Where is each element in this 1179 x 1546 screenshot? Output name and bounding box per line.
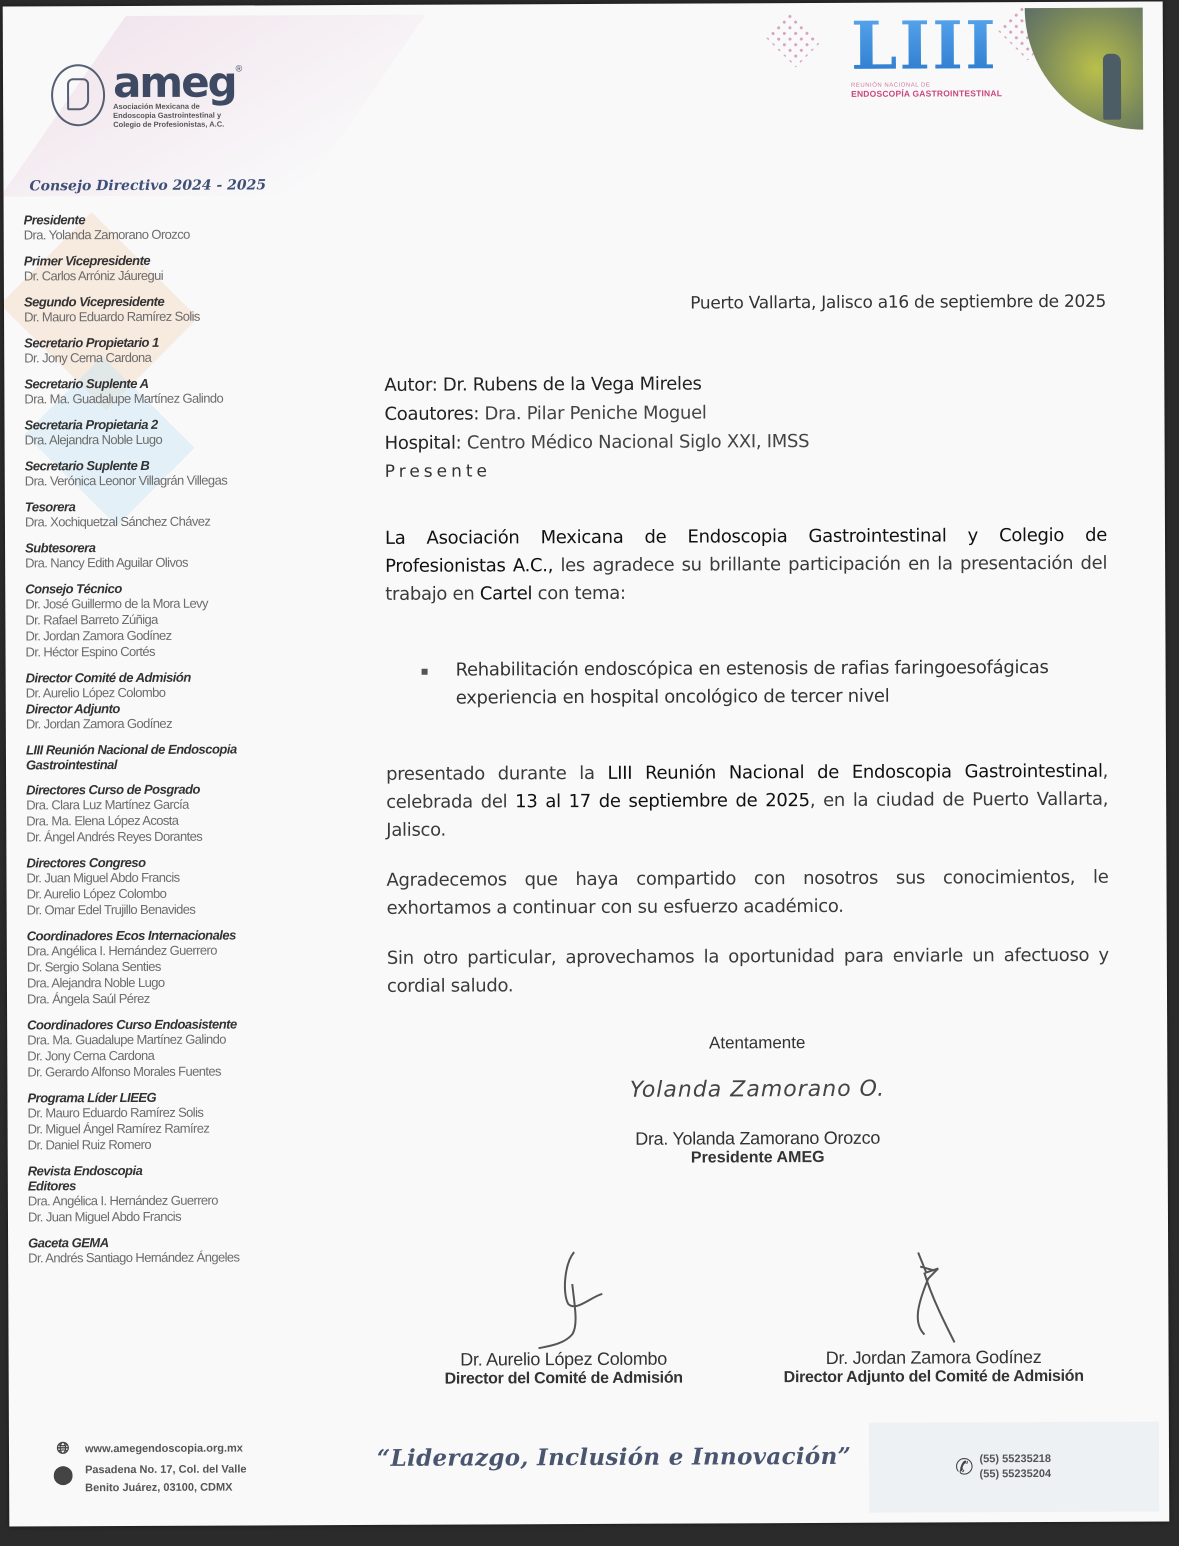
- council-member: Dr. José Guillermo de la Mora Levy: [25, 595, 295, 612]
- phone-number: (55) 55235218: [979, 1452, 1051, 1467]
- council-member: Dra. Ángela Saúl Pérez: [27, 990, 297, 1007]
- council-role: Secretario Suplente B: [25, 457, 295, 473]
- council-member: Dra. Yolanda Zamorano Orozco: [24, 226, 294, 243]
- council-role: Presidente: [24, 211, 294, 227]
- council-group: Secretario Suplente ADra. Ma. Guadalupe …: [24, 375, 294, 407]
- event-numeral: LIII: [851, 10, 1002, 81]
- author-value: Dr. Rubens de la Vega Mireles: [443, 373, 702, 395]
- council-member: Dr. Jordan Zamora Godínez: [25, 627, 295, 644]
- signatory-name: Dr. Jordan Zamora Godínez: [749, 1347, 1119, 1370]
- signatory-left: Dr. Aurelio López Colombo Director del C…: [378, 1243, 749, 1389]
- logo-word: ameg: [113, 58, 236, 108]
- phone-number: (55) 55235204: [980, 1467, 1052, 1482]
- valediction: Atentamente: [387, 1032, 1127, 1055]
- decorative-dots: [765, 11, 822, 68]
- paragraph-thanks: La Asociación Mexicana de Endoscopia Gas…: [385, 522, 1107, 609]
- council-member: Dr. Héctor Espino Cortés: [25, 643, 295, 660]
- council-group: Consejo TécnicoDr. José Guillermo de la …: [25, 580, 295, 660]
- council-member: Dra. Clara Luz Martínez García: [26, 796, 296, 813]
- ameg-logo: ameg® Asociación Mexicana de Endoscopia …: [51, 63, 243, 129]
- council-sidebar: Consejo Directivo 2024 - 2025 Presidente…: [23, 177, 298, 1276]
- event-logo: LIII REUNIÓN NACIONAL DE ENDOSCOPÍA GAST…: [851, 10, 1002, 99]
- hospital-value: Centro Médico Nacional Siglo XXI, IMSS: [467, 431, 809, 453]
- signature-scribble: [378, 1243, 748, 1350]
- council-member: Dra. Alejandra Noble Lugo: [27, 974, 297, 991]
- council-group: Coordinadores Ecos InternacionalesDra. A…: [27, 927, 297, 1007]
- council-member: Dra. Ma. Guadalupe Martínez Galindo: [27, 1031, 297, 1048]
- council-member: Dr. Ángel Andrés Reyes Dorantes: [26, 828, 296, 845]
- council-member: Dr. Juan Miguel Abdo Francis: [26, 869, 296, 886]
- council-role: Revista Endoscopia: [28, 1162, 298, 1178]
- council-member: Dra. Angélica I. Hernández Guerrero: [28, 1192, 298, 1209]
- text: presentado durante la: [386, 763, 608, 785]
- council-member: Dr. Jony Cerna Cardona: [24, 349, 294, 366]
- council-member: Dr. Andrés Santiago Hernández Ángeles: [28, 1249, 298, 1266]
- council-group: Secretario Propietario 1Dr. Jony Cerna C…: [24, 334, 294, 366]
- council-member: Dra. Angélica I. Hernández Guerrero: [27, 942, 297, 959]
- text: con tema:: [532, 583, 626, 604]
- council-role: Secretario Suplente A: [24, 375, 294, 391]
- address-line: Pasadena No. 17, Col. del Valle: [85, 1463, 246, 1476]
- signatory-role: Director Adjunto del Comité de Admisión: [749, 1368, 1119, 1388]
- letter-page: ameg® Asociación Mexicana de Endoscopia …: [3, 1, 1170, 1526]
- council-group: Gaceta GEMADr. Andrés Santiago Hernández…: [28, 1234, 298, 1266]
- map-pin-icon: ⬤: [53, 1464, 73, 1485]
- council-group: Programa Líder LIEEGDr. Mauro Eduardo Ra…: [27, 1089, 297, 1153]
- signatory-name: Dr. Aurelio López Colombo: [379, 1348, 749, 1371]
- council-role: Subtesorera: [25, 539, 295, 555]
- address-line: Benito Juárez, 03100, CDMX: [85, 1481, 246, 1494]
- council-group: SubtesoreraDra. Nancy Edith Aguilar Oliv…: [25, 539, 295, 571]
- council-role: Coordinadores Ecos Internacionales: [27, 927, 297, 943]
- signatory-right: Dr. Jordan Zamora Godínez Director Adjun…: [748, 1242, 1119, 1388]
- council-member: Dra. Alejandra Noble Lugo: [25, 431, 295, 448]
- council-member: Dra. Ma. Guadalupe Martínez Galindo: [24, 390, 294, 407]
- council-subrole: Editores: [28, 1177, 298, 1193]
- event-dates: 13 al 17 de septiembre de 2025: [515, 790, 810, 812]
- coauthors-value: Dra. Pilar Peniche Moguel: [484, 402, 706, 424]
- council-group: PresidenteDra. Yolanda Zamorano Orozco: [24, 211, 294, 243]
- paragraph-event: presentado durante la LIII Reunión Nacio…: [386, 758, 1108, 845]
- date-line: Puerto Vallarta, Jalisco a16 de septiemb…: [384, 292, 1106, 315]
- council-group: Secretario Suplente BDra. Verónica Leono…: [25, 457, 295, 489]
- council-role: Directores Curso de Posgrado: [26, 781, 296, 797]
- ameg-seal-icon: [51, 64, 105, 126]
- hospital-label: Hospital:: [385, 433, 462, 454]
- seahorse-image: [1025, 8, 1144, 131]
- council-member: Dra. Xochiquetzal Sánchez Chávez: [25, 513, 295, 530]
- council-group: Segundo VicepresidenteDr. Mauro Eduardo …: [24, 293, 294, 325]
- council-role: Secretario Propietario 1: [24, 334, 294, 350]
- council-role: Coordinadores Curso Endoasistente: [27, 1016, 297, 1032]
- council-role: Directores Congreso: [26, 854, 296, 870]
- council-member: Dr. Carlos Arróniz Jáuregui: [24, 267, 294, 284]
- council-role: Primer Vicepresidente: [24, 252, 294, 268]
- council-group: Director Comité de AdmisiónDr. Aurelio L…: [26, 669, 296, 701]
- council-member: Dra. Nancy Edith Aguilar Olivos: [25, 554, 295, 571]
- council-member: Dra. Ma. Elena López Acosta: [26, 812, 296, 829]
- council-group: Revista EndoscopiaEditoresDra. Angélica …: [28, 1162, 298, 1225]
- addressee-block: Autor: Dr. Rubens de la Vega Mireles Coa…: [384, 368, 1106, 487]
- event-name: ENDOSCOPÍA GASTROINTESTINAL: [851, 88, 1002, 99]
- phone-panel: ✆ (55) 55235218 (55) 55235204: [869, 1422, 1159, 1513]
- presentation-type: Cartel: [480, 583, 532, 604]
- council-group: Secretaria Propietaria 2Dra. Alejandra N…: [24, 416, 294, 448]
- footer: 🌐︎www.amegendoscopia.org.mx ⬤ Pasadena N…: [9, 1421, 1169, 1526]
- council-role: Consejo Técnico: [25, 580, 295, 596]
- council-member: Dr. Jony Cerna Cardona: [27, 1047, 297, 1064]
- closing-block: Atentamente Yolanda Zamorano O. Dra. Yol…: [387, 1032, 1128, 1169]
- event-name-inline: LIII Reunión Nacional de Endoscopia Gast…: [607, 761, 1102, 784]
- council-member: Dr. Jordan Zamora Godínez: [26, 715, 296, 732]
- phone-icon: ✆: [955, 1454, 974, 1480]
- council-role: Tesorera: [25, 498, 295, 514]
- council-group: Coordinadores Curso EndoasistenteDra. Ma…: [27, 1016, 297, 1080]
- council-member: Dr. Aurelio López Colombo: [27, 885, 297, 902]
- council-title: Consejo Directivo 2024 - 2025: [29, 177, 293, 194]
- council-group: Directores CongresoDr. Juan Miguel Abdo …: [26, 854, 296, 918]
- org-name-line: Colegio de Profesionistas, A.C.: [113, 119, 242, 129]
- paragraph-encourage: Agradecemos que haya compartido con noso…: [386, 864, 1108, 923]
- author-label: Autor:: [384, 375, 437, 396]
- salutation: Presente: [385, 455, 1107, 487]
- website-link[interactable]: www.amegendoscopia.org.mx: [85, 1443, 243, 1456]
- globe-icon: 🌐︎: [53, 1440, 73, 1458]
- council-group: TesoreraDra. Xochiquetzal Sánchez Chávez: [25, 498, 295, 530]
- council-group: Director AdjuntoDr. Jordan Zamora Godíne…: [26, 700, 296, 732]
- motto: “Liderazgo, Inclusión e Innovación”: [377, 1443, 851, 1472]
- council-role: Director Adjunto: [26, 700, 296, 716]
- handwritten-signature: Yolanda Zamorano O.: [387, 1076, 1127, 1104]
- council-member: Dr. Sergio Solana Senties: [27, 958, 297, 975]
- council-role: Secretaria Propietaria 2: [24, 416, 294, 432]
- council-member: Dr. Mauro Eduardo Ramírez Solis: [27, 1104, 297, 1121]
- signer-title: Presidente AMEG: [388, 1148, 1128, 1169]
- council-role: LIII Reunión Nacional de Endoscopia Gast…: [26, 741, 296, 772]
- council-member: Dr. Miguel Ángel Ramírez Ramírez: [28, 1120, 298, 1137]
- council-role: Programa Líder LIEEG: [27, 1089, 297, 1105]
- council-group: Directores Curso de PosgradoDra. Clara L…: [26, 781, 296, 845]
- council-member: Dr. Juan Miguel Abdo Francis: [28, 1208, 298, 1225]
- council-member: Dr. Mauro Eduardo Ramírez Solis: [24, 308, 294, 325]
- council-role: Gaceta GEMA: [28, 1234, 298, 1250]
- signature-scribble: [748, 1242, 1118, 1349]
- council-groups: PresidenteDra. Yolanda Zamorano OrozcoPr…: [24, 211, 299, 1266]
- letter-body: Puerto Vallarta, Jalisco a16 de septiemb…: [384, 292, 1109, 1001]
- council-member: Dra. Verónica Leonor Villagrán Villegas: [25, 472, 295, 489]
- council-member: Dr. Rafael Barreto Zúñiga: [25, 611, 295, 628]
- council-group: LIII Reunión Nacional de Endoscopia Gast…: [26, 741, 296, 772]
- council-member: Dr. Daniel Ruiz Romero: [28, 1136, 298, 1153]
- council-role: Segundo Vicepresidente: [24, 293, 294, 309]
- coauthors-label: Coautores:: [384, 403, 479, 424]
- council-group: Primer VicepresidenteDr. Carlos Arróniz …: [24, 252, 294, 284]
- council-member: Dr. Omar Edel Trujillo Benavides: [27, 901, 297, 918]
- council-role: Director Comité de Admisión: [26, 669, 296, 685]
- registered-mark: ®: [236, 63, 243, 73]
- topic-bullet: Rehabilitación endoscópica en estenosis …: [422, 654, 1108, 713]
- signatory-role: Director del Comité de Admisión: [379, 1369, 749, 1389]
- council-member: Dr. Aurelio López Colombo: [26, 684, 296, 701]
- paragraph-farewell: Sin otro particular, aprovechamos la opo…: [387, 942, 1109, 1001]
- contact-block: 🌐︎www.amegendoscopia.org.mx ⬤ Pasadena N…: [53, 1439, 247, 1500]
- council-member: Dr. Gerardo Alfonso Morales Fuentes: [27, 1063, 297, 1080]
